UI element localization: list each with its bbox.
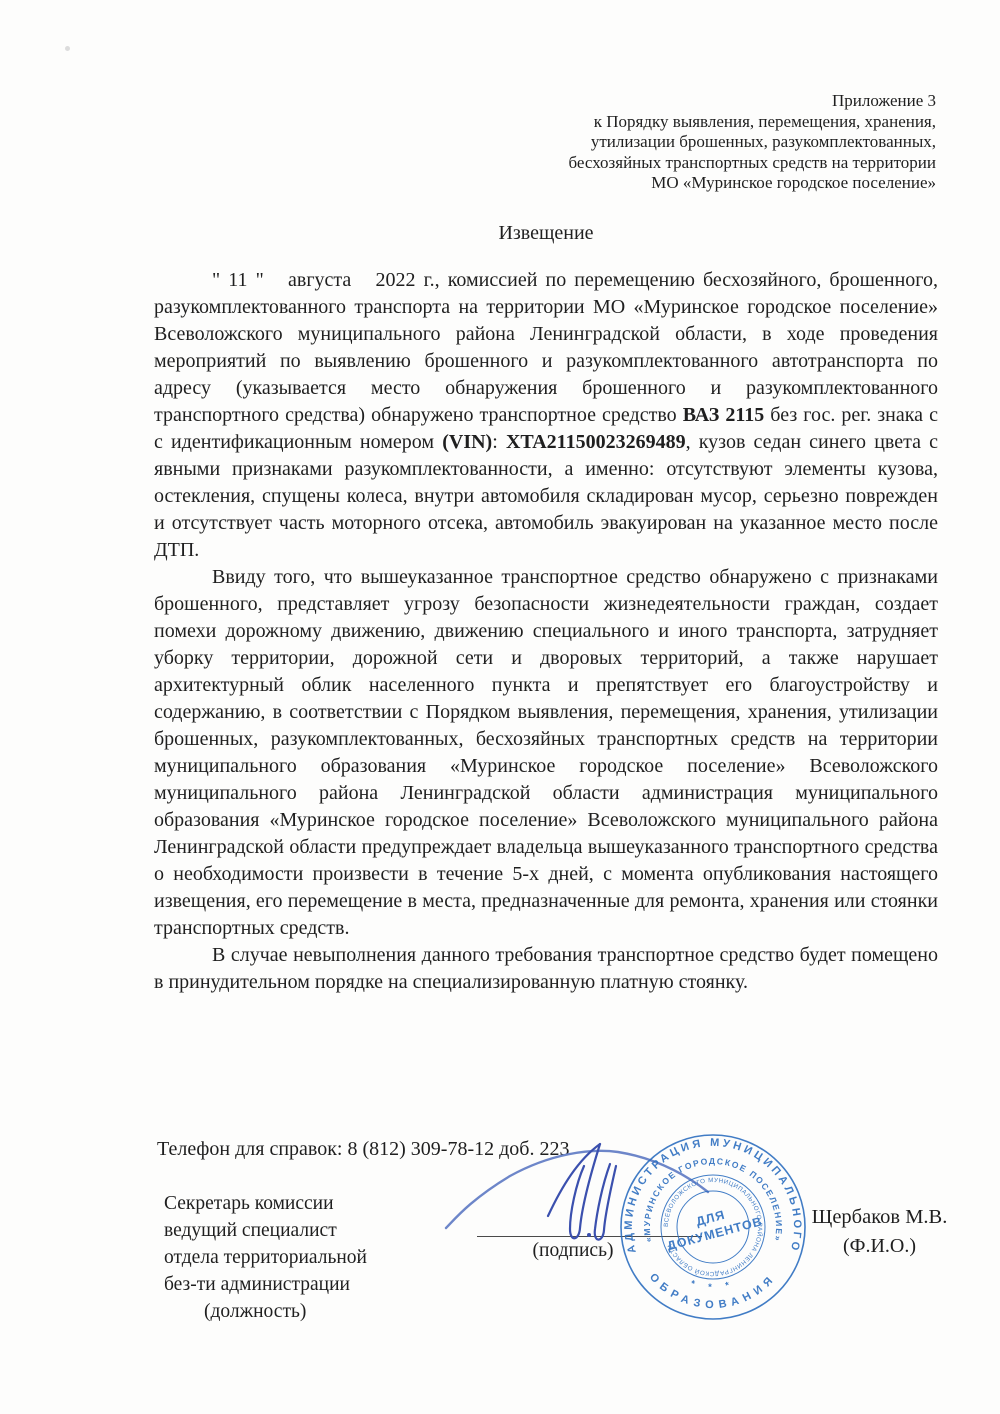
stamp-ring-mid-bottom: * * * bbox=[689, 1278, 736, 1293]
paragraph-3: В случае невыполнения данного требования… bbox=[154, 942, 938, 996]
document-body: " 11 " августа 2022 г., комиссией по пер… bbox=[154, 267, 938, 996]
paragraph-2: Ввиду того, что вышеуказанное транспортн… bbox=[154, 564, 938, 942]
appendix-header: Приложение 3 к Порядку выявления, переме… bbox=[506, 91, 936, 194]
vin-number: XTA21150023269489 bbox=[506, 431, 686, 453]
svg-text:* * *: * * * bbox=[689, 1278, 736, 1293]
vehicle-model: ВАЗ 2115 bbox=[683, 404, 765, 426]
paragraph-1-text: " 11 " августа 2022 г., комиссией по пер… bbox=[154, 269, 938, 426]
appendix-header-line: бесхозяйных транспортных средств на терр… bbox=[506, 153, 936, 174]
document-title: Извещение bbox=[154, 222, 938, 245]
signer-position-line: отдела территориальной bbox=[164, 1244, 414, 1271]
document-page: Приложение 3 к Порядку выявления, переме… bbox=[0, 0, 1000, 1414]
signer-name: Щербаков М.В. bbox=[797, 1206, 962, 1229]
signer-position-line: Секретарь комиссии bbox=[164, 1190, 414, 1217]
paragraph-1: " 11 " августа 2022 г., комиссией по пер… bbox=[154, 267, 938, 564]
paragraph-1-text: : bbox=[492, 431, 506, 453]
appendix-header-line: МО «Муринское городское поселение» bbox=[506, 173, 936, 194]
signer-name-caption: (Ф.И.О.) bbox=[797, 1235, 962, 1258]
signer-position-line: ведущий специалист bbox=[164, 1217, 414, 1244]
appendix-header-line: Приложение 3 bbox=[506, 91, 936, 112]
scan-speck bbox=[65, 46, 70, 51]
vin-label: (VIN) bbox=[442, 431, 492, 453]
signer-position-line: без-ти администрации bbox=[164, 1271, 414, 1298]
position-caption: (должность) bbox=[204, 1298, 414, 1325]
signer-position-block: Секретарь комиссии ведущий специалист от… bbox=[164, 1190, 414, 1325]
appendix-header-line: утилизации брошенных, разукомплектованны… bbox=[506, 132, 936, 153]
appendix-header-line: к Порядку выявления, перемещения, хранен… bbox=[506, 112, 936, 133]
official-round-stamp: АДМИНИСТРАЦИЯ МУНИЦИПАЛЬНОГО ОБРАЗОВАНИЯ… bbox=[618, 1132, 808, 1322]
